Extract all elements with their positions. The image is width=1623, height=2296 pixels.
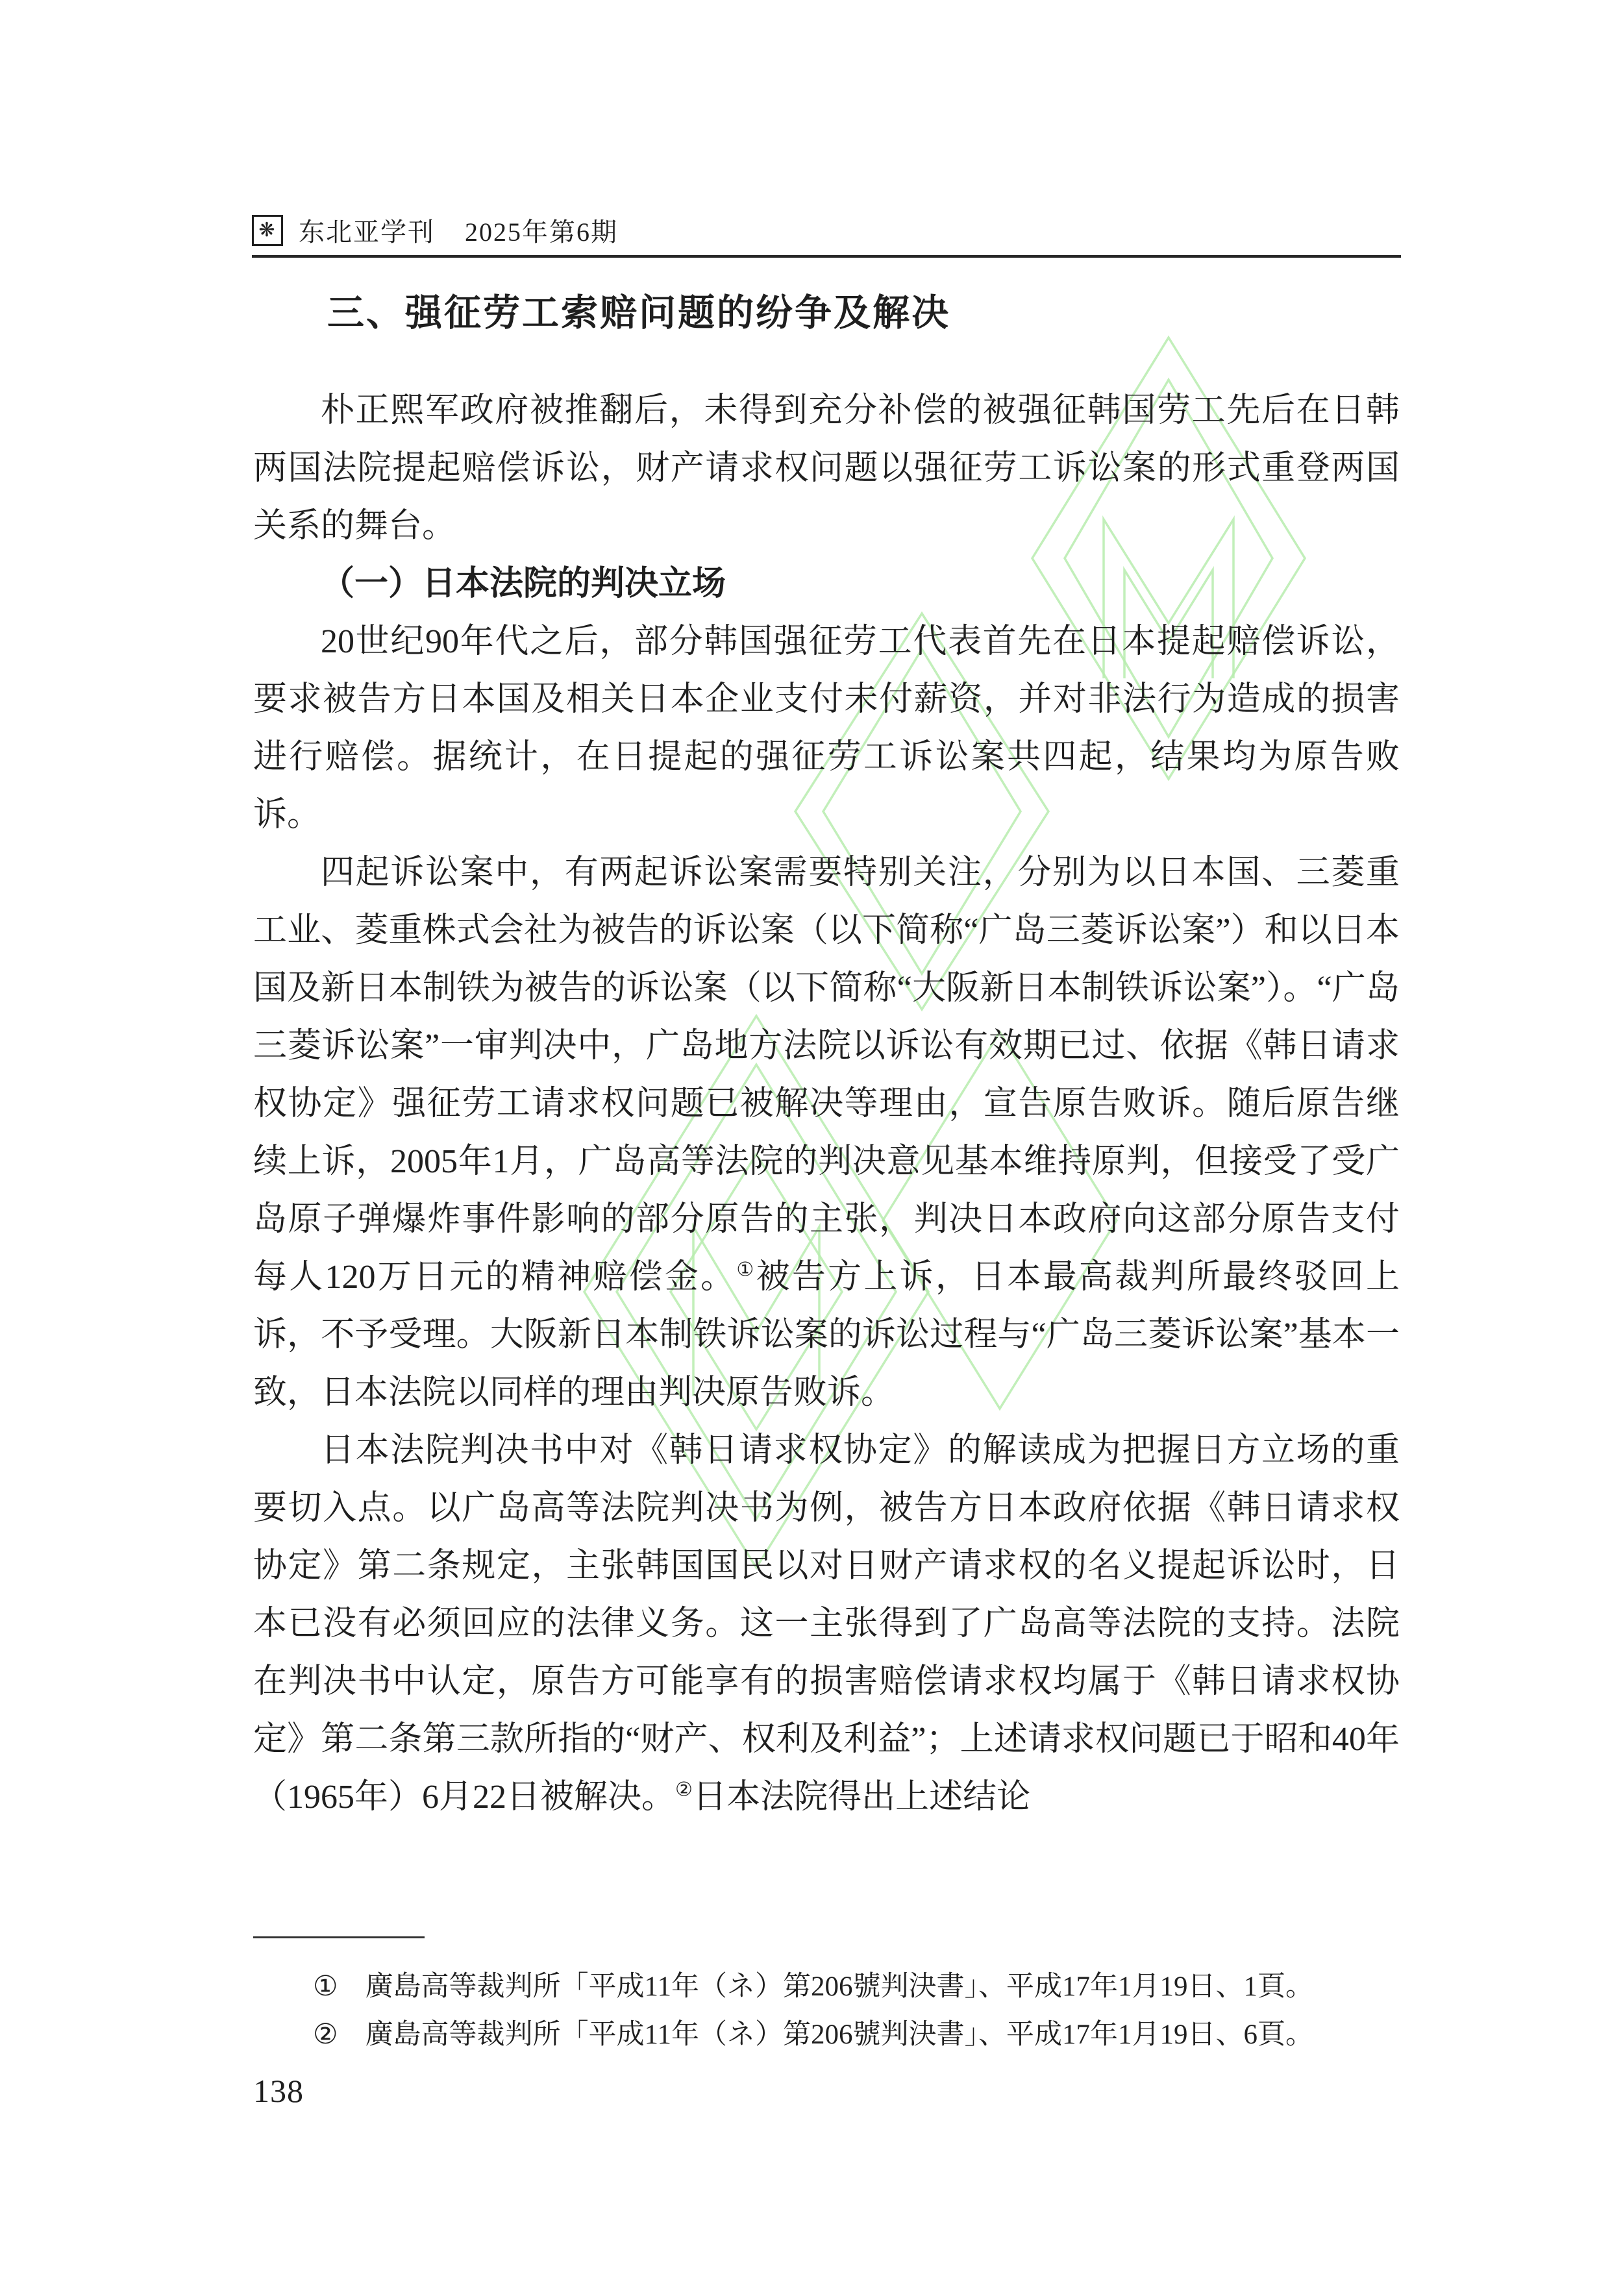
body-paragraph: 朴正熙军政府被推翻后，未得到充分补偿的被强征韩国劳工先后在日韩两国法院提起赔偿诉… [253, 382, 1400, 555]
section-heading: 三、强征劳工索赔问题的纷争及解决 [253, 292, 1400, 334]
footnote-marker: ② [313, 2019, 338, 2050]
footnote-reference: ① [736, 1259, 756, 1281]
footnote-text: 廣島高等裁判所「平成11年（ネ）第206號判決書」、平成17年1月19日、1頁。 [365, 1971, 1313, 2002]
footnote-item: ①廣島高等裁判所「平成11年（ネ）第206號判決書」、平成17年1月19日、1頁… [253, 1963, 1400, 2011]
journal-issue: 2025年第6期 [465, 212, 618, 249]
footnote-item: ②廣島高等裁判所「平成11年（ネ）第206號判決書」、平成17年1月19日、6頁… [253, 2011, 1400, 2059]
page-header: ❋ 东北亚学刊 2025年第6期 [252, 212, 618, 249]
journal-logo-icon: ❋ [252, 215, 283, 246]
body-paragraph: 20世纪90年代之后，部分韩国强征劳工代表首先在日本提起赔偿诉讼，要求被告方日本… [253, 613, 1400, 844]
subsection-heading: （一）日本法院的判决立场 [253, 555, 1400, 613]
journal-title: 东北亚学刊 [299, 212, 435, 249]
article-body: 朴正熙军政府被推翻后，未得到充分补偿的被强征韩国劳工先后在日韩两国法院提起赔偿诉… [253, 382, 1400, 1826]
flower-glyph: ❋ [258, 221, 276, 240]
page-number: 138 [253, 2072, 304, 2110]
footnotes-section: ①廣島高等裁判所「平成11年（ネ）第206號判決書」、平成17年1月19日、1頁… [253, 1936, 1400, 2059]
journal-page: ❋ 东北亚学刊 2025年第6期 三、强征劳工索赔问题的纷争及解决 朴正熙军政府… [0, 0, 1623, 2296]
body-paragraph: 四起诉讼案中，有两起诉讼案需要特别关注，分别为以日本国、三菱重工业、菱重株式会社… [253, 844, 1400, 1422]
footnote-reference: ② [675, 1779, 693, 1801]
footnote-divider [253, 1936, 425, 1938]
footnote-list: ①廣島高等裁判所「平成11年（ネ）第206號判決書」、平成17年1月19日、1頁… [253, 1963, 1400, 2059]
header-rule [252, 255, 1401, 258]
body-paragraph: 日本法院判决书中对《韩日请求权协定》的解读成为把握日方立场的重要切入点。以广岛高… [253, 1422, 1400, 1826]
footnote-marker: ① [313, 1971, 338, 2002]
footnote-text: 廣島高等裁判所「平成11年（ネ）第206號判決書」、平成17年1月19日、6頁。 [365, 2019, 1313, 2050]
article: 三、强征劳工索赔问题的纷争及解决 朴正熙军政府被推翻后，未得到充分补偿的被强征韩… [253, 292, 1400, 1826]
